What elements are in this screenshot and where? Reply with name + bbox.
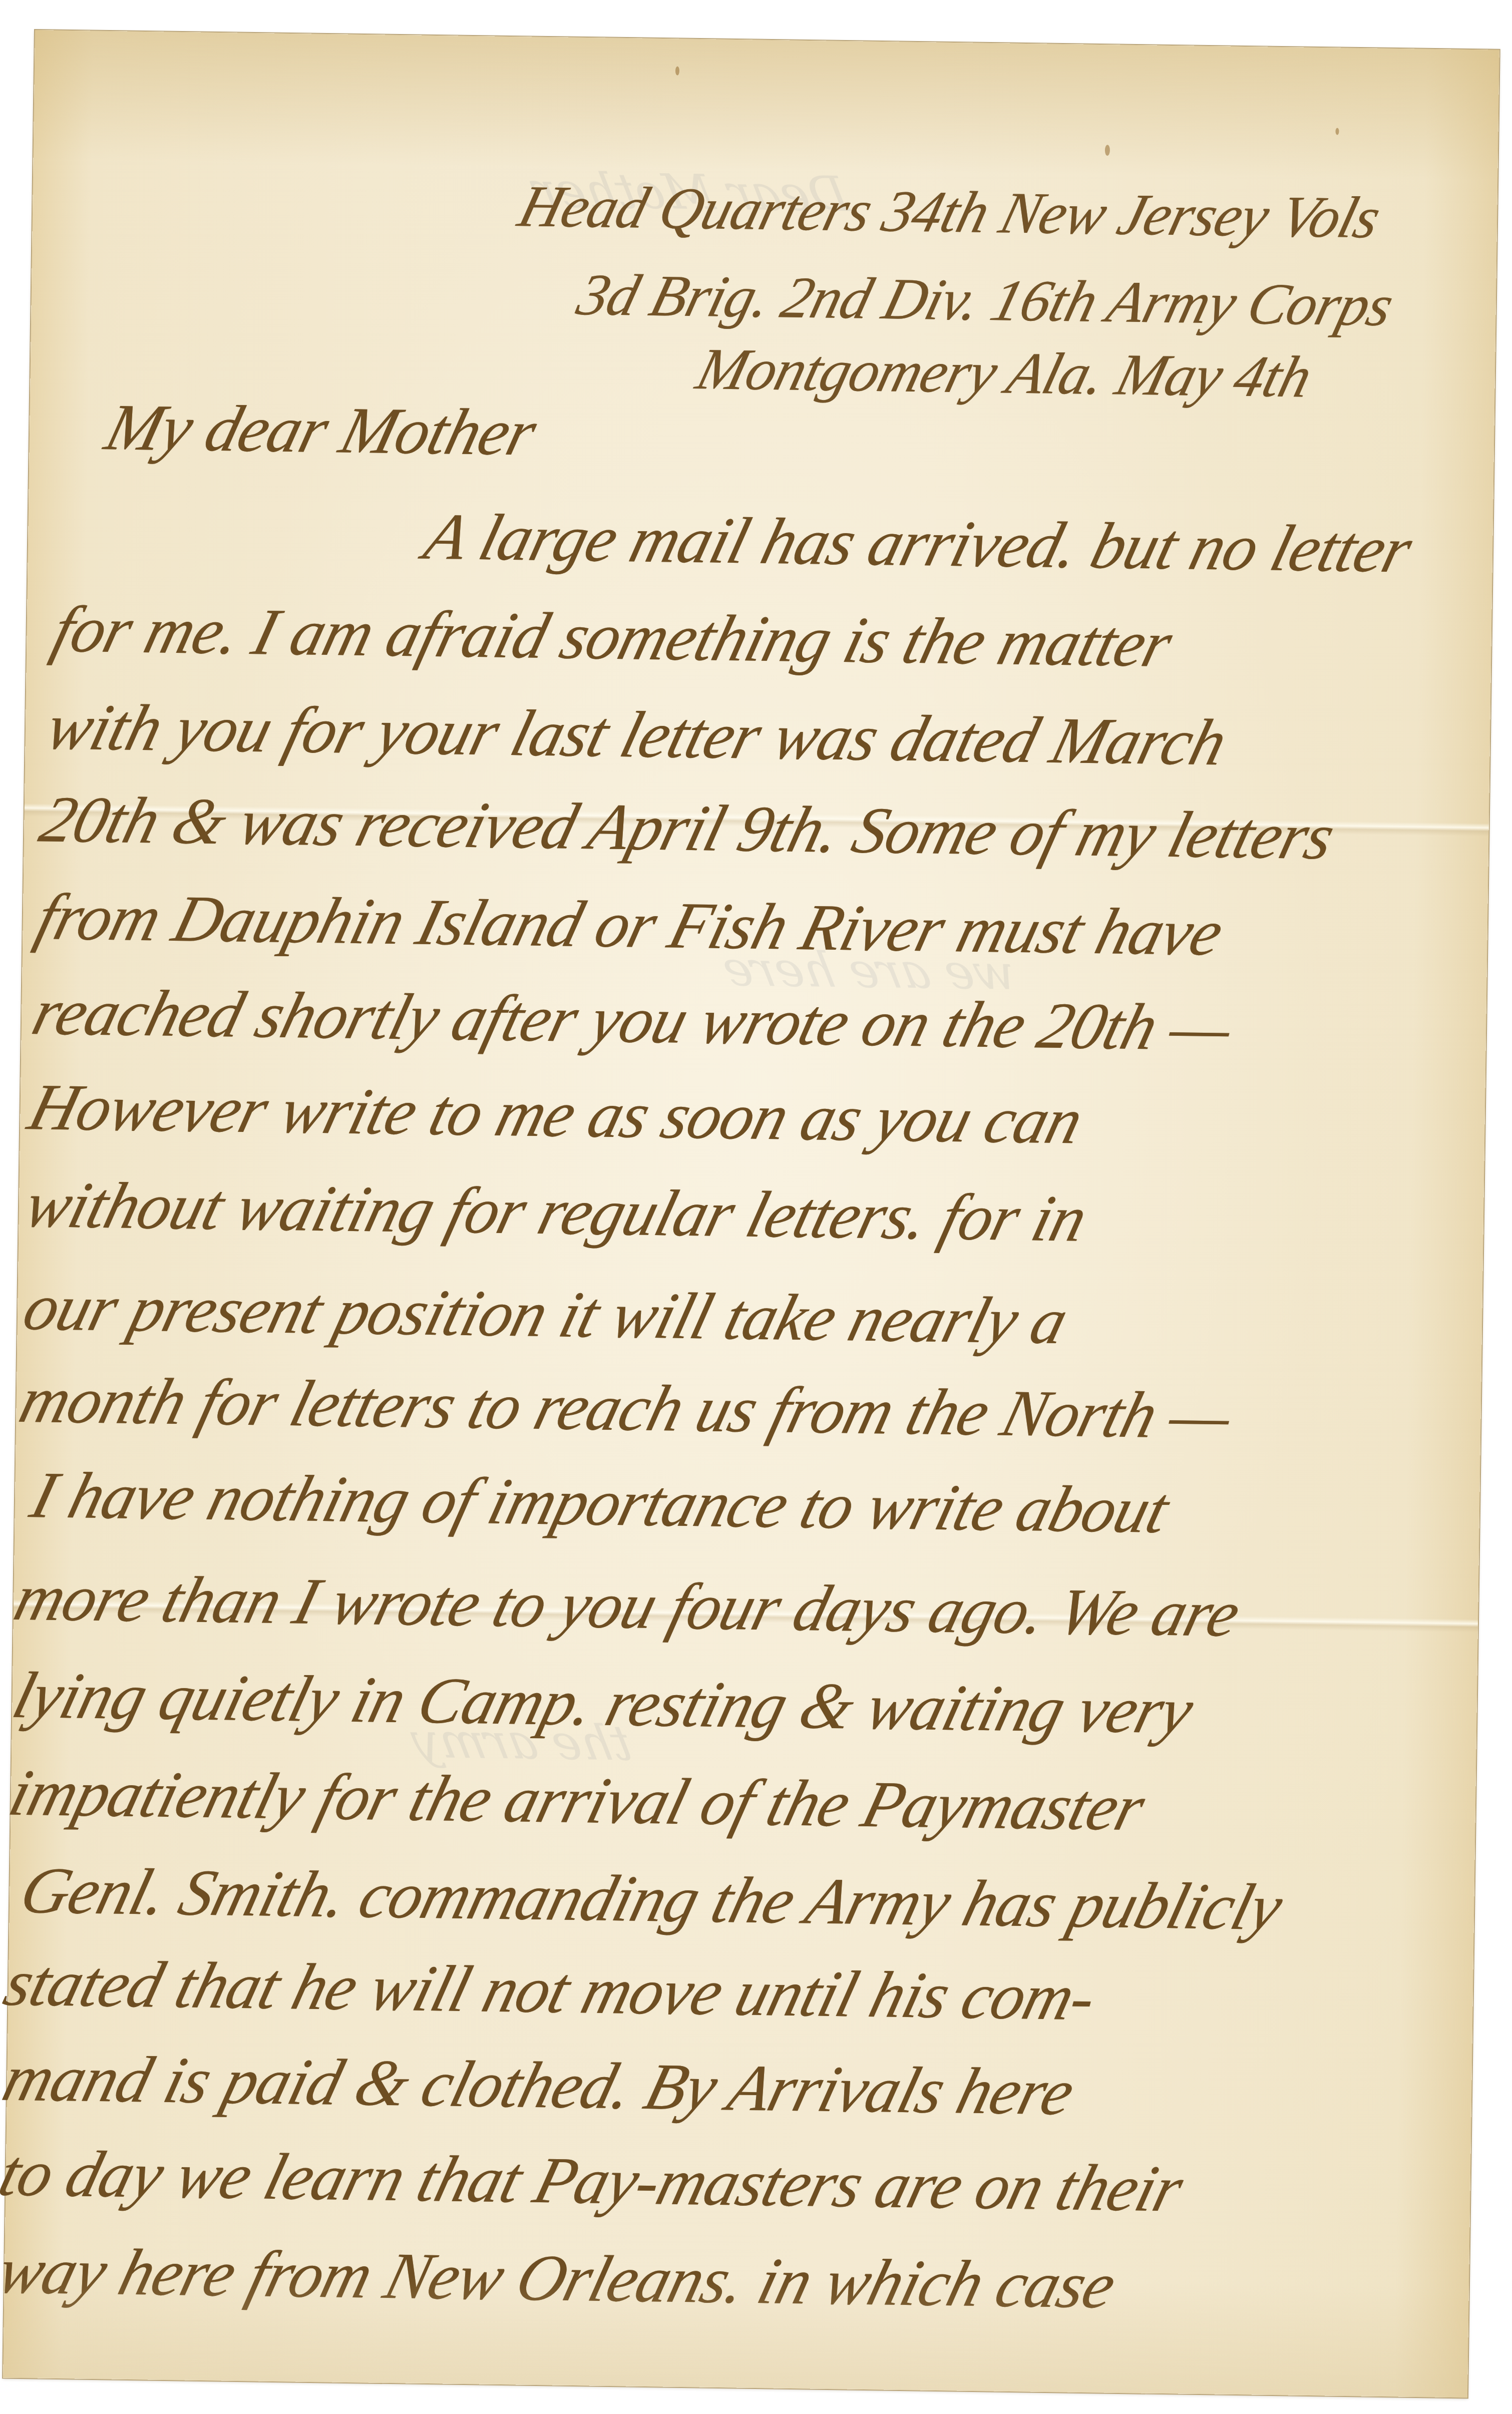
ink-spot xyxy=(1335,128,1339,135)
body-line: reached shortly after you wrote on the 2… xyxy=(26,979,1238,1061)
body-line: without waiting for regular letters. for… xyxy=(19,1171,1093,1252)
body-line: impatiently for the arrival of the Payma… xyxy=(3,1760,1151,1841)
body-line: for me. I am afraid something is the mat… xyxy=(47,596,1179,677)
body-line: lying quietly in Camp. resting & waiting… xyxy=(7,1662,1200,1744)
body-line: with you for your last letter was dated … xyxy=(40,694,1233,776)
body-line: our present position it will take nearly… xyxy=(17,1274,1073,1354)
salutation: My dear Mother xyxy=(99,394,543,466)
heading-line-2: 3d Brig. 2nd Div. 16th Army Corps xyxy=(572,265,1399,335)
body-line: A large mail has arrived. but no letter xyxy=(418,504,1418,583)
body-line: I have nothing of importance to write ab… xyxy=(25,1462,1175,1543)
body-line: month for letters to reach us from the N… xyxy=(14,1367,1238,1449)
body-line: Genl. Smith. commanding the Army has pub… xyxy=(15,1857,1289,1940)
body-line: more than I wrote to you four days ago. … xyxy=(8,1564,1246,1647)
body-line: 20th & was received April 9th. Some of m… xyxy=(34,786,1341,870)
ink-spot xyxy=(675,66,679,75)
body-line: However write to me as soon as you can xyxy=(23,1074,1089,1154)
body-line: to day we learn that Pay-masters are on … xyxy=(0,2140,1189,2222)
ink-spot xyxy=(1105,145,1110,156)
body-line: mand is paid & clothed. By Arrivals here xyxy=(0,2045,1080,2126)
body-line: way here from New Orleans. in which case xyxy=(0,2238,1122,2319)
paper-sheet: Dear Mother we are here the army Head Qu… xyxy=(3,30,1499,2397)
heading-line-1: Head Quarters 34th New Jersey Vols xyxy=(513,177,1386,247)
body-line: stated that he will not move until his c… xyxy=(0,1950,1102,2031)
heading-line-3-place-date: Montgomery Ala. May 4th xyxy=(691,339,1317,407)
scanned-letter-page: Dear Mother we are here the army Head Qu… xyxy=(0,0,1512,2414)
body-line: from Dauphin Island or Fish River must h… xyxy=(30,884,1229,966)
